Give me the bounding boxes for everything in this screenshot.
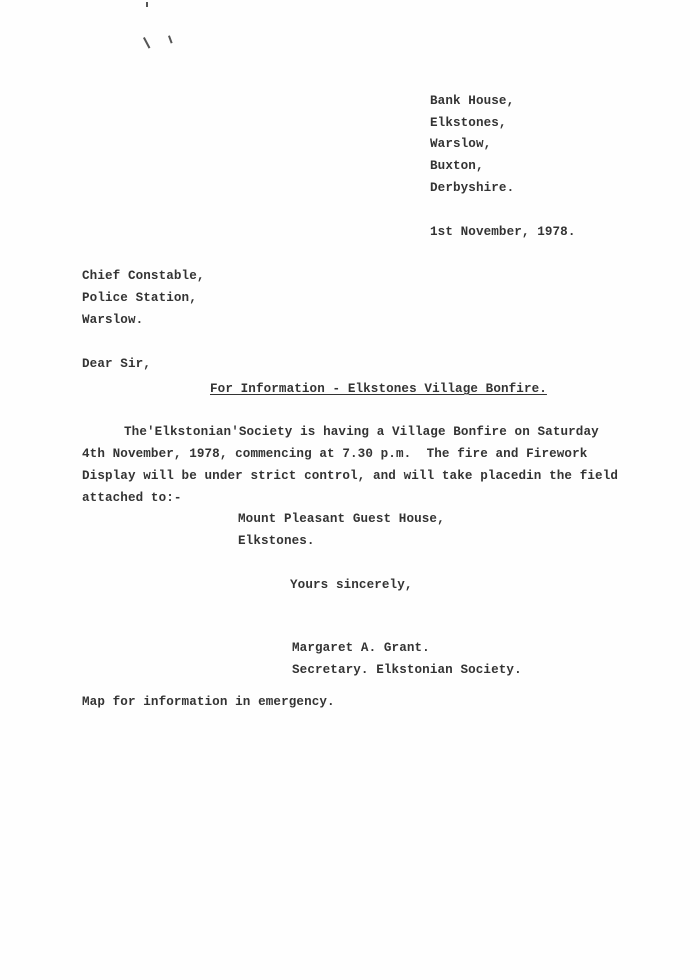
pen-mark [146,2,148,7]
recipient-address-line-1: Chief Constable, [82,268,205,284]
pen-mark [143,37,150,49]
body-line-4: attached to:- [82,490,182,506]
body-line-1: The'Elkstonian'Society is having a Villa… [124,424,599,440]
postscript: Map for information in emergency. [82,694,335,710]
venue-line-1: Mount Pleasant Guest House, [238,511,445,527]
body-line-3: Display will be under strict control, an… [82,468,618,484]
recipient-address-line-3: Warslow. [82,312,143,328]
signature-name: Margaret A. Grant. [292,640,430,656]
salutation: Dear Sir, [82,356,151,372]
subject-heading: For Information - Elkstones Village Bonf… [210,381,547,397]
recipient-address-line-2: Police Station, [82,290,197,306]
sender-address-line-2: Elkstones, [430,115,507,131]
body-line-2: 4th November, 1978, commencing at 7.30 p… [82,446,587,462]
venue-line-2: Elkstones. [238,533,315,549]
letter-date: 1st November, 1978. [430,224,576,240]
closing: Yours sincerely, [290,577,413,593]
sender-address-line-1: Bank House, [430,93,514,109]
sender-address-line-4: Buxton, [430,158,484,174]
sender-address-line-3: Warslow, [430,136,491,152]
letter-page: Bank House, Elkstones, Warslow, Buxton, … [0,0,700,980]
sender-address-line-5: Derbyshire. [430,180,514,196]
pen-mark [168,35,172,43]
signature-title: Secretary. Elkstonian Society. [292,662,522,678]
